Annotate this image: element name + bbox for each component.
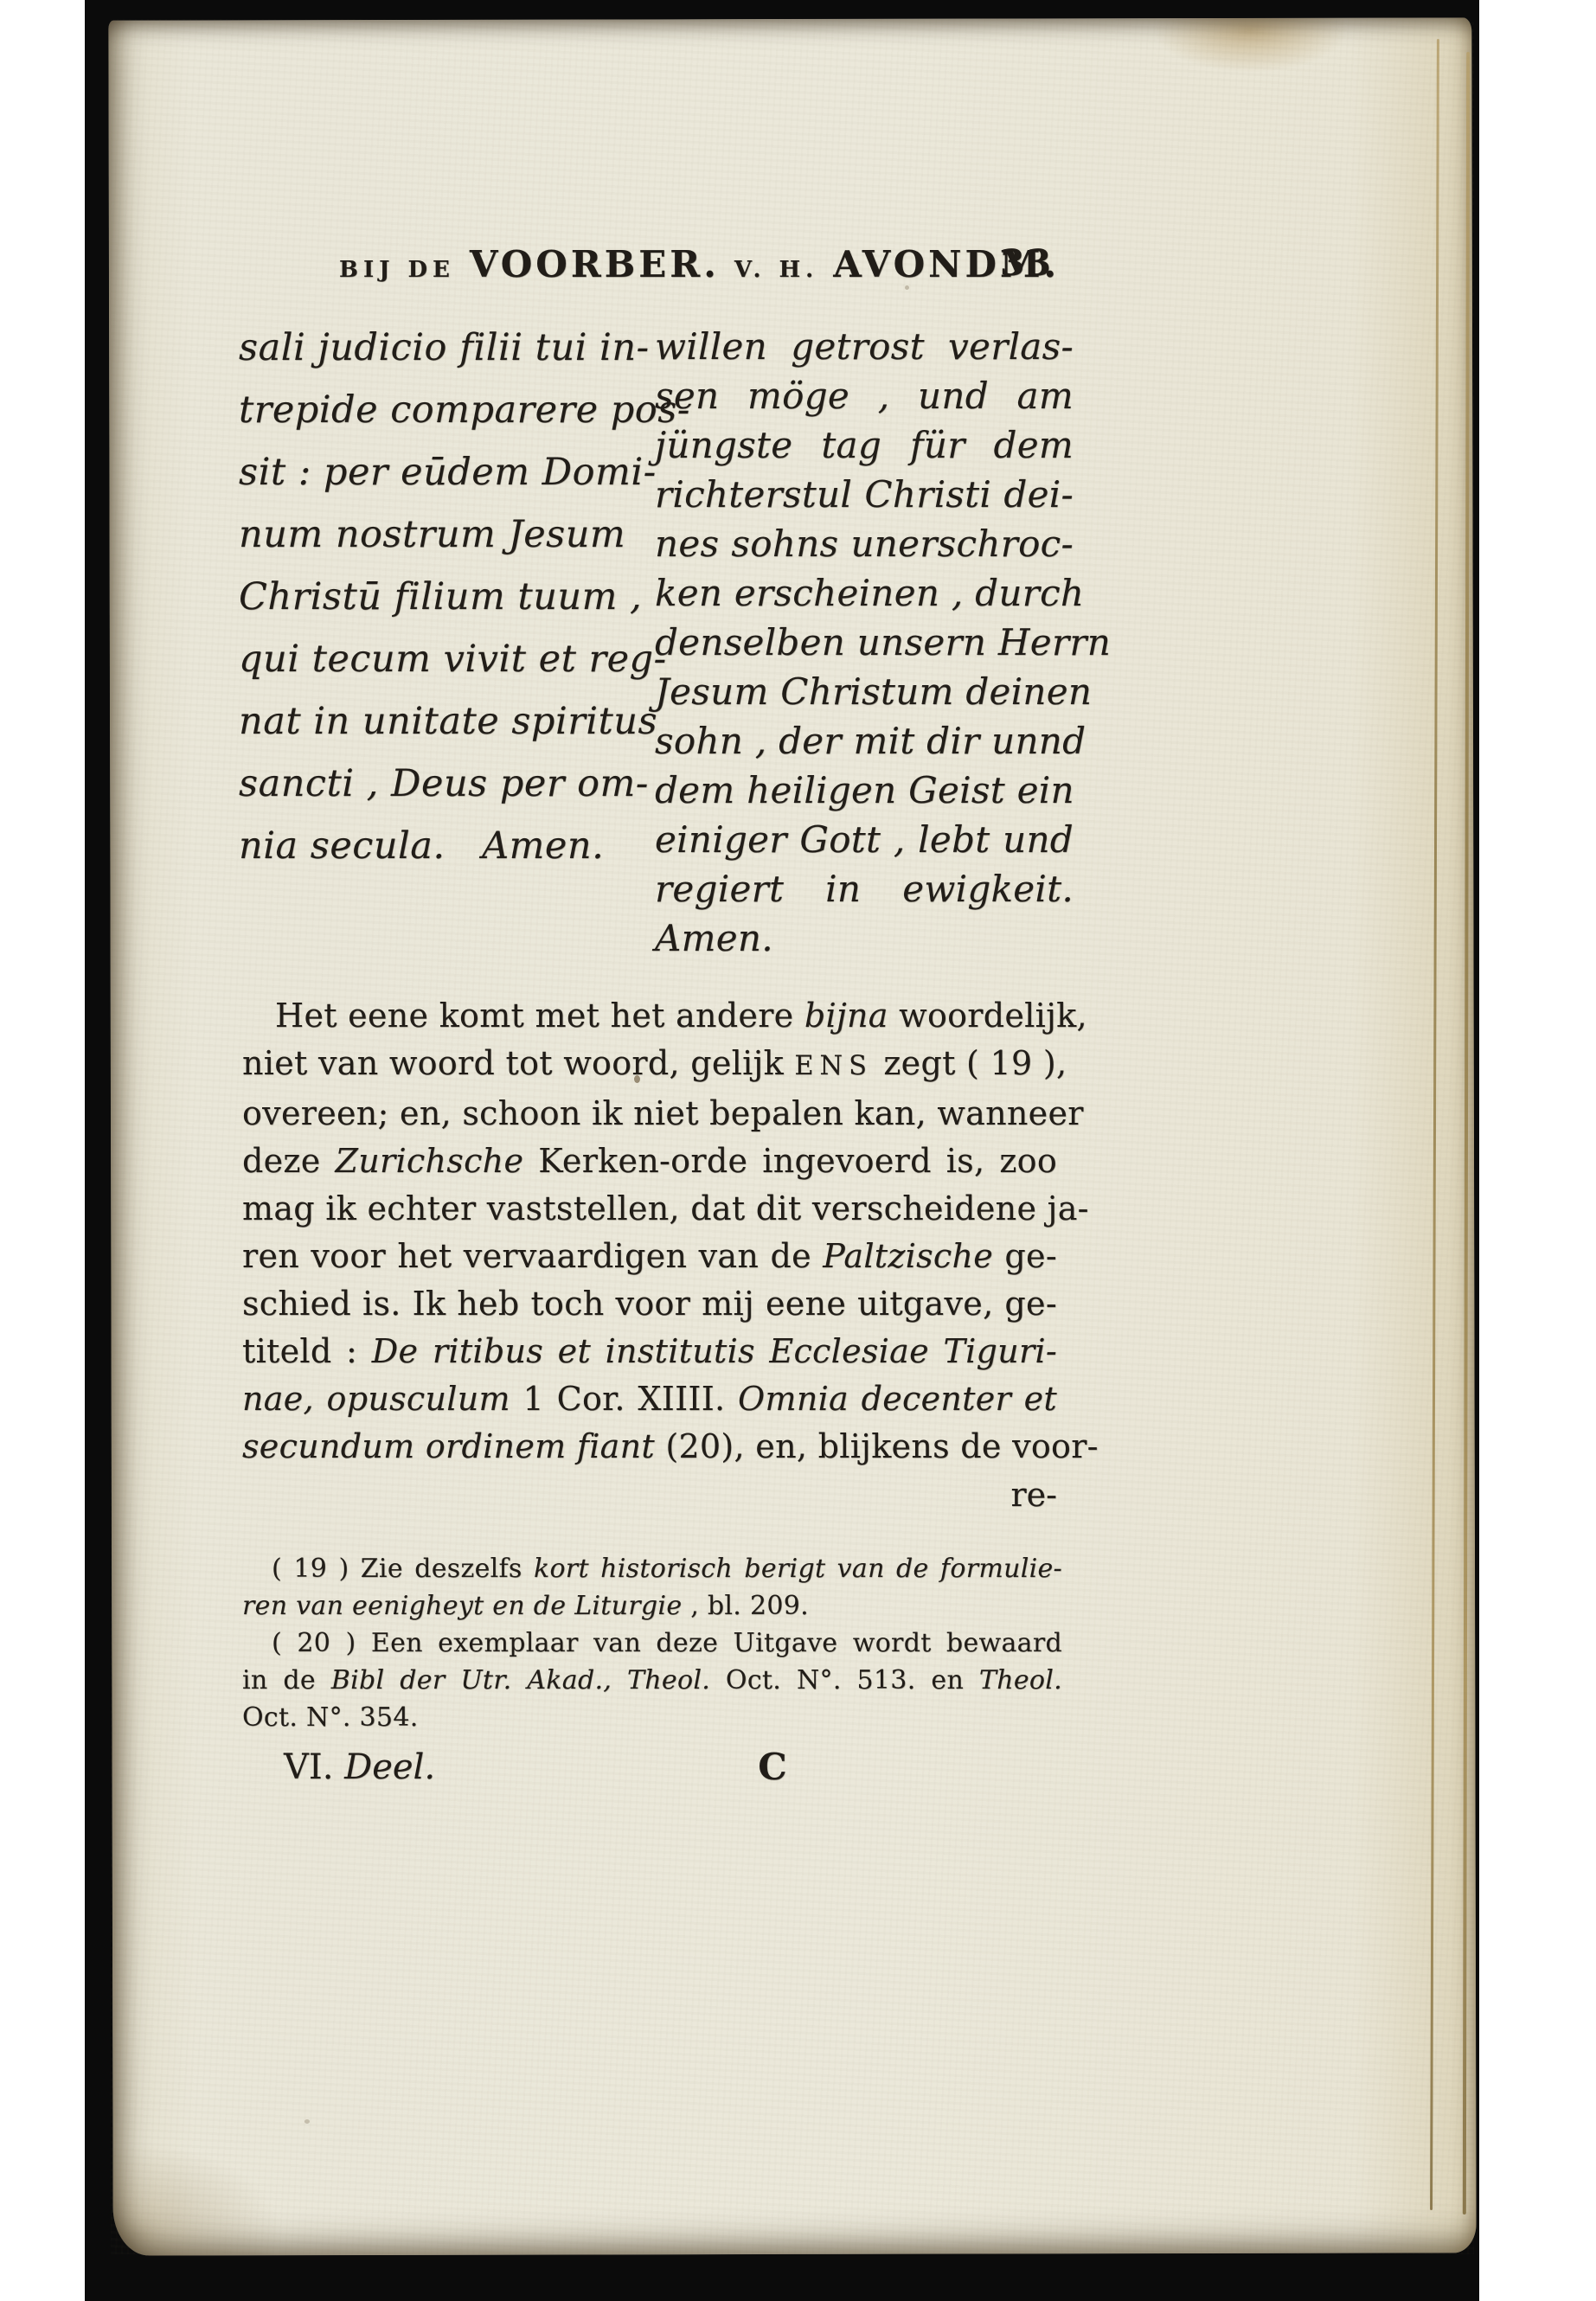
- catchword: re-: [242, 1476, 1057, 1514]
- german-prayer-line: regiert in ewigkeit.: [655, 864, 1074, 913]
- latin-prayer-line: nia secula. Amen.: [239, 815, 619, 877]
- paragraph-line: schied is. Ik heb toch voor mij eene uit…: [242, 1280, 1057, 1328]
- german-prayer-column: willen getrost verlas- sen möge , und am…: [655, 322, 1074, 963]
- german-prayer-line: denselben unsern Herrn: [655, 618, 1074, 667]
- german-prayer-line: Amen.: [655, 913, 1074, 963]
- body-paragraph: Het eene komt met het andere bijna woord…: [242, 992, 1057, 1471]
- paragraph-line: niet van woord tot woord, gelijk ENS zeg…: [242, 1040, 1057, 1090]
- latin-prayer-line: Christū filium tuum ,: [239, 566, 619, 628]
- german-prayer-line: dem heiligen Geist ein: [655, 766, 1074, 815]
- latin-prayer-line: sali judicio filii tui in-: [239, 317, 619, 379]
- paragraph-line: Het eene komt met het andere bijna woord…: [242, 992, 1057, 1040]
- volume-label: VI. Deel.: [284, 1747, 435, 1787]
- german-prayer-line: richterstul Christi dei-: [655, 470, 1074, 519]
- signature-mark: C: [742, 1746, 803, 1788]
- german-prayer-line: Jesum Christum deinen: [655, 667, 1074, 716]
- latin-prayer-column: sali judicio filii tui in- trepide compa…: [239, 317, 619, 877]
- paragraph-line: ren voor het vervaardigen van de Paltzis…: [242, 1233, 1057, 1280]
- german-prayer-line: nes sohns unerschroc-: [655, 519, 1074, 568]
- footnote-line: ( 20 ) Een exemplaar van deze Uitgave wo…: [242, 1625, 1062, 1662]
- book-page-scan: BIJ DEVOORBER.V. H.AVONDM. 33 sali judic…: [0, 0, 1596, 2301]
- paragraph-line: titeld : De ritibus et institutis Eccles…: [242, 1328, 1057, 1375]
- german-prayer-line: sohn , der mit dir unnd: [655, 716, 1074, 766]
- footnote-line: Oct. N°. 354.: [242, 1699, 1062, 1736]
- german-prayer-line: sen möge , und am: [655, 371, 1074, 420]
- paper-speck: [304, 2119, 310, 2124]
- paragraph-line: nae, opusculum 1 Cor. XIIII. Omnia decen…: [242, 1375, 1057, 1423]
- footnote-section: ( 19 ) Zie deszelfs kort historisch beri…: [242, 1550, 1062, 1736]
- german-prayer-line: einiger Gott , lebt und: [655, 815, 1074, 864]
- paragraph-line: secundum ordinem fiant (20), en, blijken…: [242, 1423, 1057, 1471]
- latin-prayer-line: qui tecum vivit et reg-: [239, 628, 619, 690]
- footnote-line: in de Bibl der Utr. Akad., Theol. Oct. N…: [242, 1662, 1062, 1699]
- paper-speck: [905, 285, 909, 290]
- german-prayer-line: willen getrost verlas-: [655, 322, 1074, 371]
- latin-prayer-line: sit : per eūdem Domi-: [239, 441, 619, 503]
- paragraph-line: deze Zurichsche Kerken-orde ingevoerd is…: [242, 1138, 1057, 1185]
- latin-prayer-line: sancti , Deus per om-: [239, 753, 619, 815]
- footnote-line: ( 19 ) Zie deszelfs kort historisch beri…: [242, 1550, 1062, 1587]
- paragraph-line: mag ik echter vaststellen, dat dit versc…: [242, 1185, 1057, 1233]
- german-prayer-line: jüngste tag für dem: [655, 420, 1074, 470]
- german-prayer-line: ken erscheinen , durch: [655, 568, 1074, 618]
- footnote-line: ren van eenigheyt en de Liturgie , bl. 2…: [242, 1587, 1062, 1625]
- page-number: 33: [1000, 242, 1053, 284]
- latin-prayer-line: trepide comparere pos-: [239, 379, 619, 441]
- running-header: BIJ DEVOORBER.V. H.AVONDM.: [339, 243, 927, 285]
- paragraph-line: overeen; en, schoon ik niet bepalen kan,…: [242, 1090, 1057, 1138]
- latin-prayer-line: nat in unitate spiritus: [239, 690, 619, 753]
- latin-prayer-line: num nostrum Jesum: [239, 503, 619, 566]
